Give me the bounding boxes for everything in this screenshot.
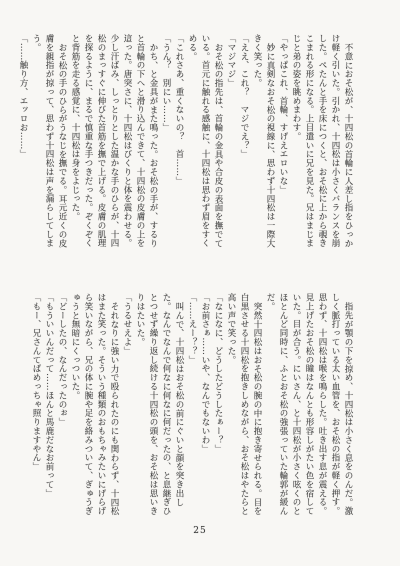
paragraph: 不意におそ松が、十四松の首輪に人差し指をひっかけ軽く引いた。引かれ、十四松は小さ…	[289, 34, 354, 256]
paragraph: 「お前さぁ……いや、なんでもないわ」	[198, 293, 211, 521]
paragraph: 「……触り方、エッロお……」	[16, 34, 29, 256]
paragraph: 指先が顎の下を掠め、十四松は小さく息をのんだ。激しく脈打っている太い血管を、おそ…	[263, 293, 354, 521]
paragraph: 「うるせえよ」	[120, 293, 133, 521]
paragraph: かち、と金具がまた鳴った。おそ松の手が、するりと首輪の下へと滑り込んできて、十四…	[68, 34, 159, 256]
text-block-lower: 指先が顎の下を掠め、十四松は小さく息をのんだ。激しく脈打っている太い血管を、おそ…	[29, 293, 354, 521]
book-page: 不意におそ松が、十四松の首輪に人差し指をひっかけ軽く引いた。引かれ、十四松は小さ…	[0, 0, 400, 566]
paragraph: 「マジマジ」	[224, 34, 237, 256]
paragraph: 叫んで、十四松はおそ松の前にぐいと顔を突き出した。なんでなんで何なに何なに何だっ…	[133, 293, 185, 521]
paragraph: 「これさあ、重くないの？ 首……」	[172, 34, 185, 256]
paragraph: おそ松の指先は、首輪の金具や合皮の表面を撫でている。首元に触れる感触に、十四松は…	[185, 34, 224, 256]
paragraph: それなりに強い力で殴られたのにも関わらず、十四松はまた笑った。そういう種類のおも…	[68, 293, 120, 521]
paragraph: 「やっぱこれ、首輪、すげえエロいな」	[276, 34, 289, 256]
paragraph: 「なになに、どうしたどうしたぁー？」	[211, 293, 224, 521]
paragraph: 突然十四松はおそ松の腕の中に抱き寄せられる。目を白黒させる十四松を抱きしめながら…	[224, 293, 263, 521]
text-block-upper: 不意におそ松が、十四松の首輪に人差し指をひっかけ軽く引いた。引かれ、十四松は小さ…	[24, 34, 354, 256]
paragraph: 「……えー？？」	[185, 293, 198, 521]
paragraph: 「ええ、これ？ マジでえ？」	[237, 34, 250, 256]
paragraph: 妙に真剣なおそ松の視線に、思わず十四松は一際大きく笑った。	[250, 34, 276, 256]
paragraph: 「もういいんだって……ほんと馬鹿だなお前って」	[42, 293, 55, 521]
paragraph: おそ松の手のひらがうなじを撫でる。耳元近くの皮膚を親指が掠って、思わず十四松は声…	[29, 34, 68, 256]
page-number: 25	[0, 526, 400, 536]
paragraph: 「うん？ 別にい……」	[159, 34, 172, 256]
paragraph: 「もー、兄さんてばめっちゃ照りますやん」	[29, 293, 42, 521]
paragraph: 「どーしたの、なんだったのぉ」	[55, 293, 68, 521]
